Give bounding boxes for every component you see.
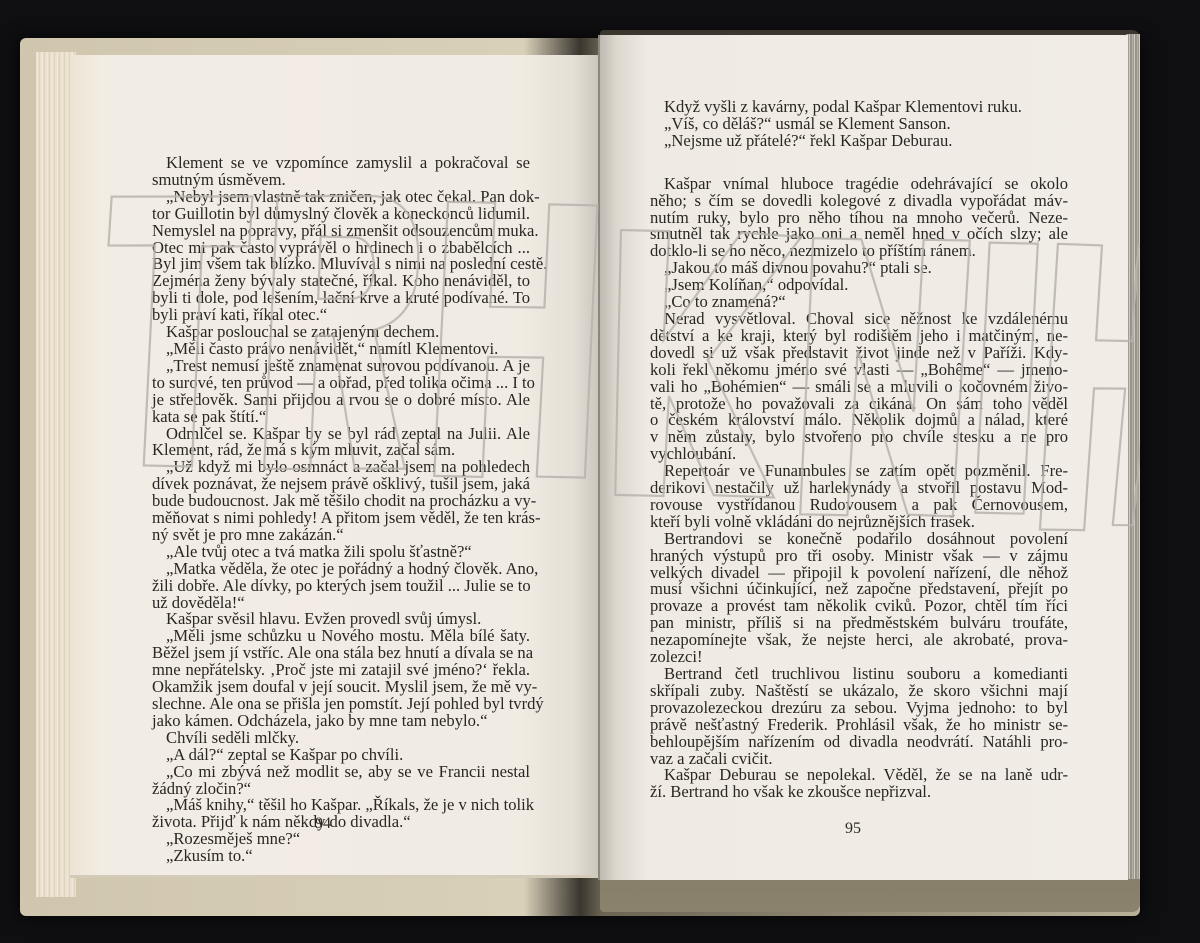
text-line: behloupějším nařízením od divadla neodvr… — [650, 734, 1068, 751]
left-page: Klement se ve vzpomínce zamyslil a pokra… — [70, 55, 600, 878]
text-line: vali ho „Bohémien“ — smáli se a mluvili … — [650, 379, 1068, 396]
text-line: „Zkusím to.“ — [152, 848, 530, 865]
text-line: Nemyslel na popravy, přál si zmenšit ods… — [152, 223, 530, 240]
text-line: něho; s čím se dovedli kolegové z divadl… — [650, 193, 1068, 210]
text-line: ží. Bertrand ho však ke zkoušce nepřizva… — [650, 784, 1068, 801]
left-page-text: Klement se ve vzpomínce zamyslil a pokra… — [152, 155, 530, 865]
text-line: nezapomínejte však, že nejste herci, ale… — [650, 632, 1068, 649]
text-line: „Co mi zbývá než modlit se, aby se ve Fr… — [152, 764, 530, 781]
text-line: kata se pak štítí.“ — [152, 409, 530, 426]
text-line: „Nejsme už přátelé?“ řekl Kašpar Deburau… — [650, 133, 1068, 150]
section-break — [650, 150, 1068, 176]
page-number-left: 94 — [315, 815, 331, 833]
page-stack-right — [1126, 34, 1140, 879]
right-page: Když vyšli z kavárny, podal Kašpar Kleme… — [600, 35, 1128, 880]
page-number-right: 95 — [845, 820, 861, 838]
right-page-text: Když vyšli z kavárny, podal Kašpar Kleme… — [650, 99, 1068, 801]
